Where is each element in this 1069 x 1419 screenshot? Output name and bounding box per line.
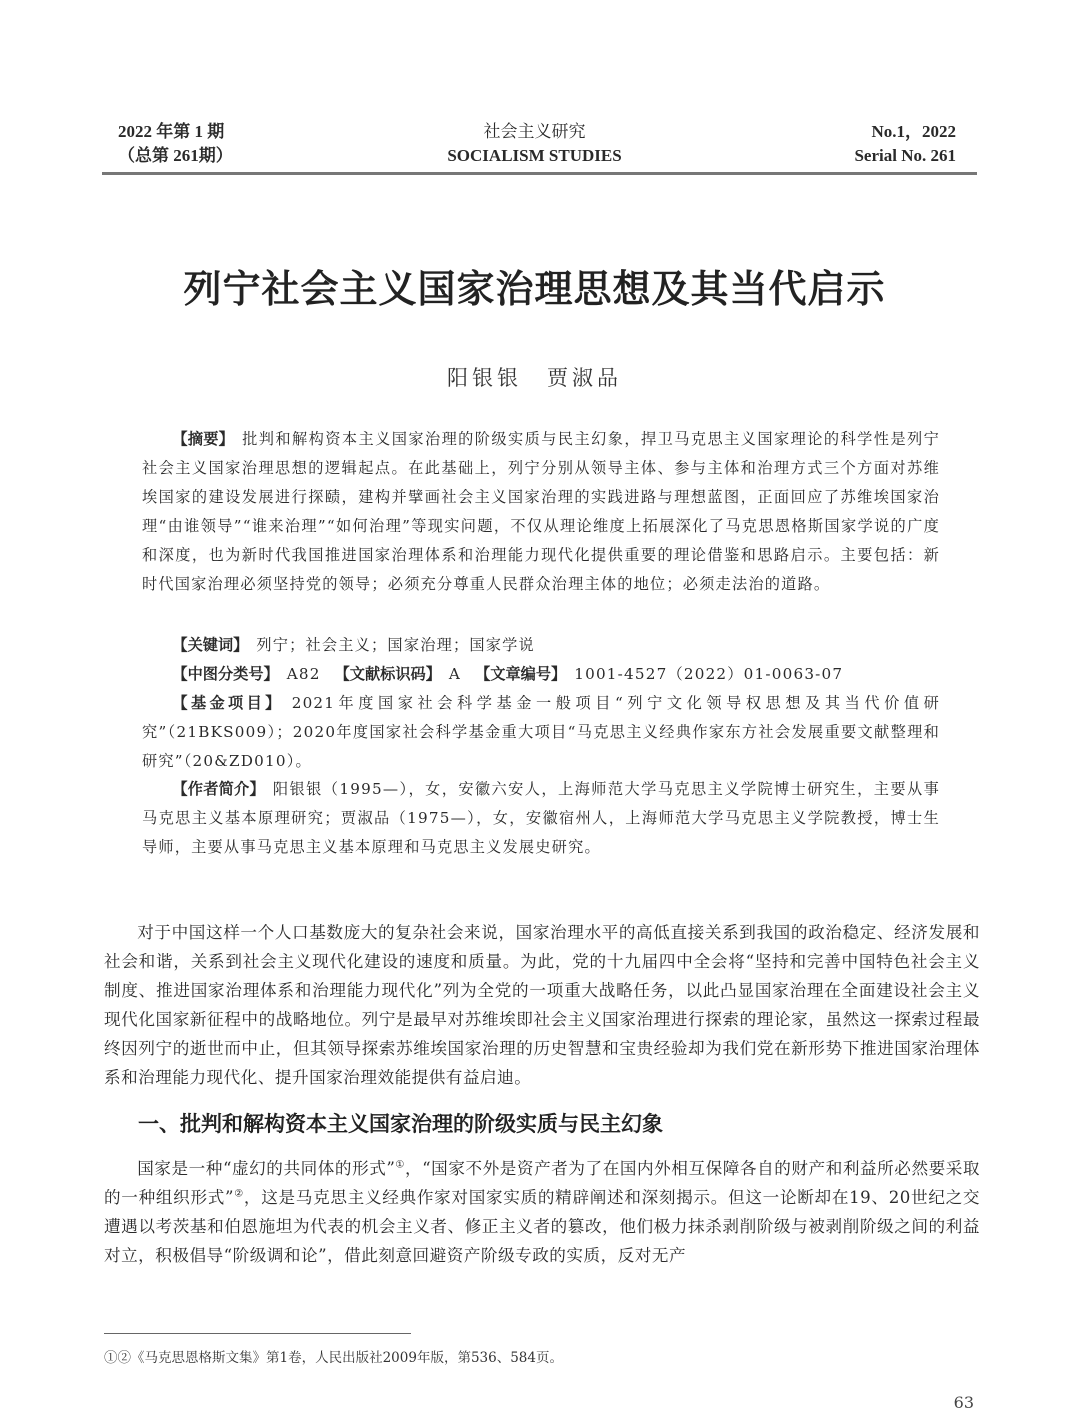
issue-number-en: No.1，2022: [854, 120, 956, 144]
section-heading: 一、批判和解构资本主义国家治理的阶级实质与民主幻象: [138, 1108, 663, 1138]
footnote: ①②《马克思恩格斯文集》第1卷，人民出版社2009年版，第536、584页。: [104, 1346, 563, 1366]
clc-value: A82: [287, 665, 321, 683]
body-paragraph: 国家是一种“虚幻的共同体的形式”①，“国家不外是资产者为了在国内外相互保障各自的…: [104, 1154, 980, 1270]
para2-text-3: ，这是马克思主义经典作家对国家实质的精辟阐述和深刻揭示。但这一论断却在19、20…: [104, 1188, 980, 1265]
intro-paragraph: 对于中国这样一个人口基数庞大的复杂社会来说，国家治理水平的高低直接关系到我国的政…: [104, 918, 980, 1092]
keywords-label: 【关键词】: [172, 636, 248, 654]
abstract-text: 批判和解构资本主义国家治理的阶级实质与民主幻象，捍卫马克思主义国家理论的科学性是…: [142, 430, 940, 593]
author-bio-label: 【作者简介】: [172, 780, 265, 798]
doc-code-value: A: [449, 665, 461, 683]
footnote-ref-2[interactable]: ②: [234, 1188, 244, 1199]
footnote-ref-1[interactable]: ①: [395, 1159, 405, 1170]
abstract-label: 【摘要】: [172, 430, 234, 448]
para2-text-1: 国家是一种“虚幻的共同体的形式”: [137, 1159, 395, 1178]
article-no-label: 【文章编号】: [475, 665, 566, 683]
article-authors: 阳银银 贾淑品: [0, 362, 1069, 392]
fund-label: 【基金项目】: [172, 694, 283, 712]
footnote-rule: [104, 1333, 411, 1334]
header-rule: [102, 172, 977, 175]
article-no-value: 1001-4527（2022）01-0063-07: [574, 665, 843, 683]
serial-number-en: Serial No. 261: [854, 144, 956, 168]
fund-block: 【基金项目】2021年度国家社会科学基金一般项目“列宁文化领导权思想及其当代价值…: [142, 689, 940, 776]
keywords-block: 【关键词】列宁；社会主义；国家治理；国家学说: [142, 631, 940, 660]
classification-block: 【中图分类号】A82【文献标识码】A【文章编号】1001-4527（2022）0…: [142, 660, 940, 689]
author-bio-block: 【作者简介】阳银银（1995—），女，安徽六安人，上海师范大学马克思主义学院博士…: [142, 775, 940, 862]
article-title: 列宁社会主义国家治理思想及其当代启示: [0, 258, 1069, 313]
page-number: 63: [954, 1393, 974, 1412]
clc-label: 【中图分类号】: [172, 665, 278, 683]
doc-code-label: 【文献标识码】: [335, 665, 441, 683]
keywords-text: 列宁；社会主义；国家治理；国家学说: [256, 636, 535, 654]
abstract-block: 【摘要】批判和解构资本主义国家治理的阶级实质与民主幻象，捍卫马克思主义国家理论的…: [142, 425, 940, 599]
issue-info-en: No.1，2022 Serial No. 261: [854, 120, 956, 168]
intro-text: 对于中国这样一个人口基数庞大的复杂社会来说，国家治理水平的高低直接关系到我国的政…: [104, 918, 980, 1092]
